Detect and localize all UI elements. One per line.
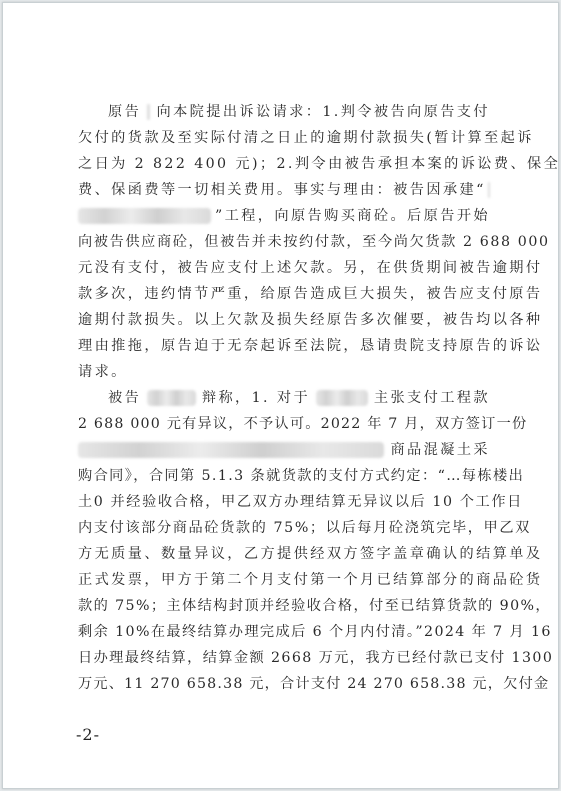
text-line: ”工程，向原告购买商砼。后原告开始 (78, 203, 490, 229)
text-segment: 向被告供应商砼，但被告并未按约付款，至今尚欠货款 2 688 000 (78, 229, 550, 255)
redacted-plaintiff-name (147, 104, 150, 120)
text-line: 购合同》，合同第 5.1.3 条就货款的支付方式约定：“…每栋楼出 (78, 463, 490, 489)
text-segment: 款的 75%；主体结构封顶并经验收合格，付至已结算货款的 90%， (78, 593, 551, 619)
redacted-project-name (78, 208, 211, 224)
text-segment: 商品混凝土采 (390, 437, 490, 463)
text-segment: 元没有支付，被告应支付上述欠款。另，在供货期间被告逾期付 (78, 255, 542, 281)
text-line: 被告 辩称，1. 对于 主张支付工程款 (78, 385, 490, 411)
text-line: 2 688 000 元有异议，不予认可。2022 年 7 月，双方签订一份 (78, 411, 490, 437)
text-line: 土0 并经验收合格，甲乙双方办理结算无异议以后 10 个工作日 (78, 489, 490, 515)
text-segment: 土0 并经验收合格，甲乙双方办理结算无异议以后 10 个工作日 (78, 489, 523, 515)
text-line: 商品混凝土采 (78, 437, 490, 463)
redacted-project-name (488, 182, 490, 198)
text-line: 款多次，违约情节严重，给原告造成巨大损失，被告应支付原告 (78, 281, 490, 307)
redacted-defendant-name (147, 390, 196, 406)
text-segment: 逾期付款损失。以上欠款及损失经原告多次催要，被告均以各种 (78, 307, 542, 333)
text-segment: 方无质量、数量异议，乙方提供经双方签字盖章确认的结算单及 (78, 541, 542, 567)
text-line: 日办理最终结算，结算金额 2668 万元，我方已经付款已支付 1300 (78, 645, 490, 671)
text-segment: 主张支付工程款 (374, 385, 490, 411)
text-line: 费、保函费等一切相关费用。事实与理由：被告因承建“ (78, 177, 490, 203)
text-segment: 之日为 2 822 400 元)；2.判令由被告承担本案的诉讼费、保全 (78, 151, 560, 177)
text-line: 逾期付款损失。以上欠款及损失经原告多次催要，被告均以各种 (78, 307, 490, 333)
text-segment: 费、保函费等一切相关费用。事实与理由：被告因承建“ (78, 177, 486, 203)
document-body: 原告 向本院提出诉讼请求：1.判令被告向原告支付 欠付的货款及至实际付清之日止的… (78, 99, 490, 697)
text-line: 剩余 10%在最终结算办理完成后 6 个月内付清。”2024 年 7 月 16 (78, 619, 490, 645)
redacted-contract-name (78, 442, 384, 458)
text-line: 元没有支付，被告应支付上述欠款。另，在供货期间被告逾期付 (78, 255, 490, 281)
text-segment: 2 688 000 元有异议，不予认可。2022 年 7 月，双方签订一份 (78, 411, 527, 437)
text-segment: 请求。 (78, 359, 128, 385)
text-segment: 正式发票，甲方于第二个月支付第一个月已结算部分的商品砼货 (78, 567, 542, 593)
text-line: 之日为 2 822 400 元)；2.判令由被告承担本案的诉讼费、保全 (78, 151, 490, 177)
text-line: 向被告供应商砼，但被告并未按约付款，至今尚欠货款 2 688 000 (78, 229, 490, 255)
text-line: 正式发票，甲方于第二个月支付第一个月已结算部分的商品砼货 (78, 567, 490, 593)
text-segment: 辩称，1. 对于 (202, 385, 310, 411)
text-segment: 剩余 10%在最终结算办理完成后 6 个月内付清。”2024 年 7 月 16 (78, 619, 552, 645)
text-segment: 内支付该部分商品砼货款的 75%；以后每月砼浇筑完毕，甲乙双 (78, 515, 531, 541)
text-line: 方无质量、数量异议，乙方提供经双方签字盖章确认的结算单及 (78, 541, 490, 567)
redacted-plaintiff-name (316, 390, 368, 406)
text-segment: 日办理最终结算，结算金额 2668 万元，我方已经付款已支付 1300 (78, 645, 553, 671)
text-line: 原告 向本院提出诉讼请求：1.判令被告向原告支付 (78, 99, 490, 125)
text-line: 理由推拖，原告迫于无奈起诉至法院，恳请贵院支持原告的诉讼 (78, 333, 490, 359)
text-line: 欠付的货款及至实际付清之日止的逾期付款损失(暂计算至起诉 (78, 125, 490, 151)
text-segment: 向本院提出诉讼请求：1.判令被告向原告支付 (156, 99, 490, 125)
text-line: 款的 75%；主体结构封顶并经验收合格，付至已结算货款的 90%， (78, 593, 490, 619)
text-segment: 被告 (108, 385, 141, 411)
text-segment: ”工程，向原告购买商砼。后原告开始 (215, 203, 490, 229)
text-segment: 购合同》，合同第 5.1.3 条就货款的支付方式约定：“…每栋楼出 (78, 463, 524, 489)
text-segment: 原告 (108, 99, 141, 125)
page-number: -2- (76, 725, 100, 744)
text-segment: 万元、11 270 658.38 元，合计支付 24 270 658.38 元，… (78, 671, 549, 697)
text-line: 万元、11 270 658.38 元，合计支付 24 270 658.38 元，… (78, 671, 490, 697)
document-page: 原告 向本院提出诉讼请求：1.判令被告向原告支付 欠付的货款及至实际付清之日止的… (2, 2, 559, 789)
text-segment: 款多次，违约情节严重，给原告造成巨大损失，被告应支付原告 (78, 281, 542, 307)
text-line: 内支付该部分商品砼货款的 75%；以后每月砼浇筑完毕，甲乙双 (78, 515, 490, 541)
text-line: 请求。 (78, 359, 490, 385)
text-segment: 理由推拖，原告迫于无奈起诉至法院，恳请贵院支持原告的诉讼 (78, 333, 542, 359)
text-segment: 欠付的货款及至实际付清之日止的逾期付款损失(暂计算至起诉 (78, 125, 534, 151)
